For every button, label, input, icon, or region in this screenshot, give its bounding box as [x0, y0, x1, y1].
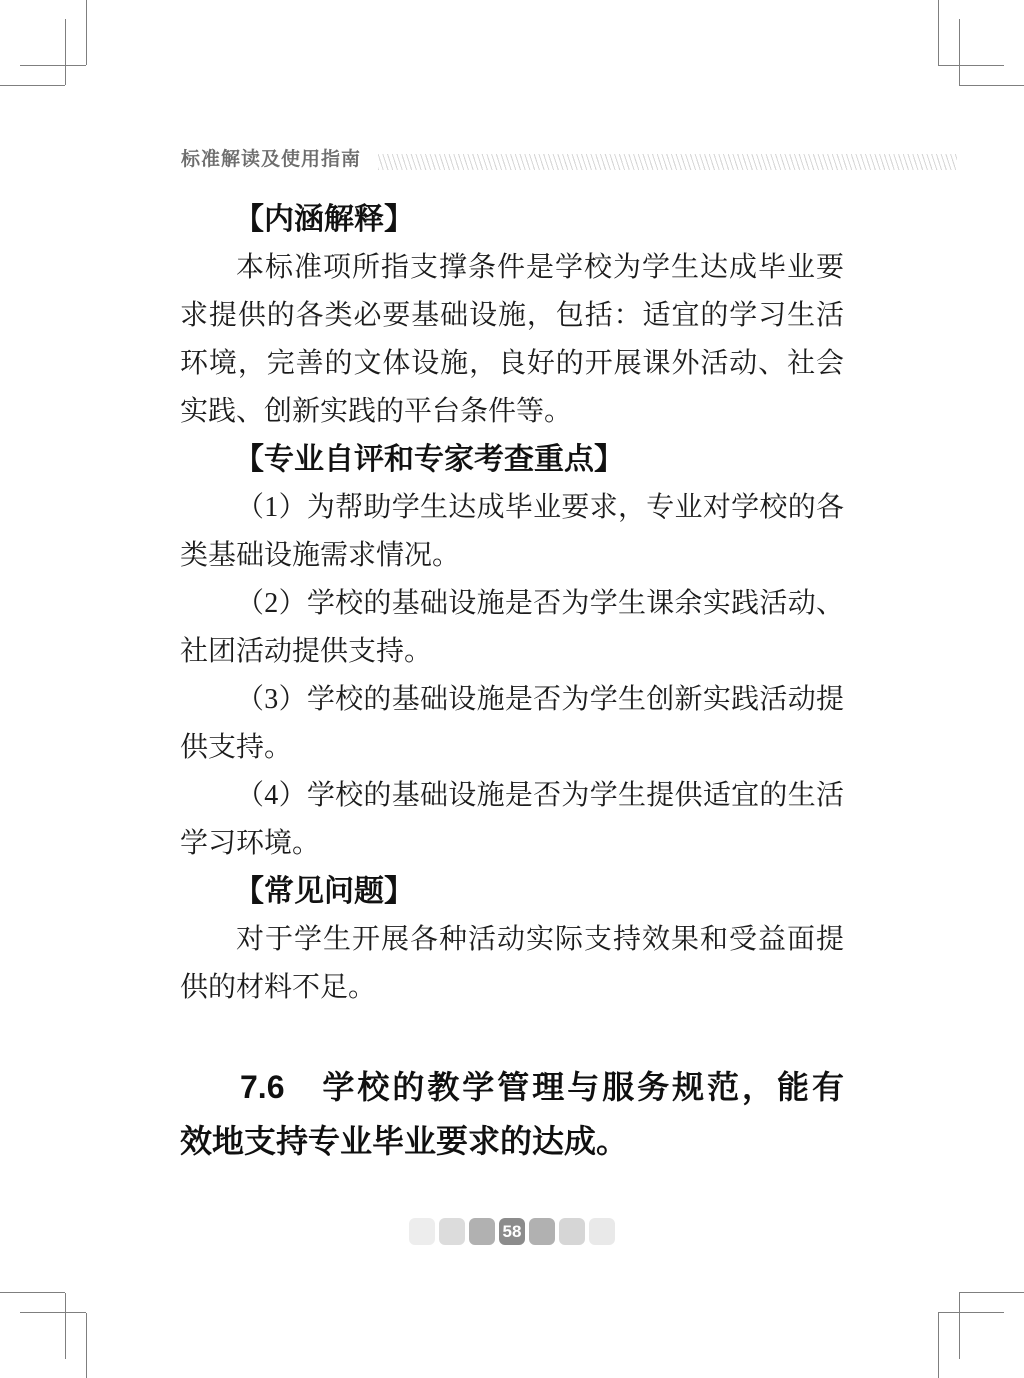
page-indicator: 58: [409, 1218, 615, 1245]
paragraph-line: （1）为帮助学生达成毕业要求，专业对学校的各: [180, 484, 844, 532]
crop-mark-top-right: [959, 85, 1024, 86]
book-page: 标准解读及使用指南 【内涵解释】 本标准项所指支撑条件是学校为学生达成毕业要 求…: [0, 0, 1024, 1378]
paragraph-line: 环境，完善的文体设施，良好的开展课外活动、社会: [180, 340, 844, 388]
crop-mark-top-left: [20, 65, 86, 66]
page-indicator-square: [589, 1218, 615, 1245]
page-body: 【内涵解释】 本标准项所指支撑条件是学校为学生达成毕业要 求提供的各类必要基础设…: [180, 196, 844, 1168]
paragraph-line: 类基础设施需求情况。: [180, 532, 844, 580]
crop-mark-bottom-left: [0, 1292, 65, 1293]
chapter-heading: 7.6 学校的教学管理与服务规范，能有 效地支持专业毕业要求的达成。: [180, 1060, 844, 1168]
crop-mark-bottom-right: [959, 1293, 960, 1359]
crop-mark-top-left: [65, 19, 66, 85]
section-heading: 【内涵解释】: [180, 196, 844, 244]
page-number-badge: 58: [499, 1218, 525, 1245]
chapter-heading-line: 效地支持专业毕业要求的达成。: [180, 1114, 844, 1168]
section-heading: 【专业自评和专家考查重点】: [180, 436, 844, 484]
page-indicator-square: [559, 1218, 585, 1245]
crop-mark-top-left: [0, 85, 65, 86]
crop-mark-bottom-left: [65, 1293, 66, 1359]
section-heading: 【常见问题】: [180, 868, 844, 916]
running-header: 标准解读及使用指南: [181, 148, 960, 172]
crop-mark-top-right: [959, 19, 960, 85]
paragraph-line: 供的材料不足。: [180, 964, 844, 1012]
crop-mark-bottom-right: [938, 1312, 1004, 1313]
paragraph-line: 实践、创新实践的平台条件等。: [180, 388, 844, 436]
paragraph-line: （2）学校的基础设施是否为学生课余实践活动、: [180, 580, 844, 628]
page-indicator-square: [469, 1218, 495, 1245]
paragraph-line: 本标准项所指支撑条件是学校为学生达成毕业要: [180, 244, 844, 292]
crop-mark-bottom-left: [20, 1312, 86, 1313]
crop-mark-top-right: [938, 0, 939, 65]
chapter-heading-line: 7.6 学校的教学管理与服务规范，能有: [180, 1060, 844, 1114]
paragraph-line: 学习环境。: [180, 820, 844, 868]
crop-mark-bottom-right: [938, 1313, 939, 1378]
page-indicator-square: [409, 1218, 435, 1245]
paragraph-line: 对于学生开展各种活动实际支持效果和受益面提: [180, 916, 844, 964]
running-header-title: 标准解读及使用指南: [181, 150, 361, 170]
header-hatch-rule: [378, 154, 957, 170]
paragraph-line: （3）学校的基础设施是否为学生创新实践活动提: [180, 676, 844, 724]
crop-mark-bottom-left: [86, 1313, 87, 1378]
crop-mark-top-right: [938, 65, 1004, 66]
page-number: 58: [503, 1222, 522, 1242]
page-indicator-square: [439, 1218, 465, 1245]
crop-mark-bottom-right: [959, 1292, 1024, 1293]
page-indicator-square: [529, 1218, 555, 1245]
paragraph-line: 供支持。: [180, 724, 844, 772]
paragraph-line: （4）学校的基础设施是否为学生提供适宜的生活: [180, 772, 844, 820]
paragraph-line: 求提供的各类必要基础设施，包括：适宜的学习生活: [180, 292, 844, 340]
crop-mark-top-left: [86, 0, 87, 65]
paragraph-line: 社团活动提供支持。: [180, 628, 844, 676]
